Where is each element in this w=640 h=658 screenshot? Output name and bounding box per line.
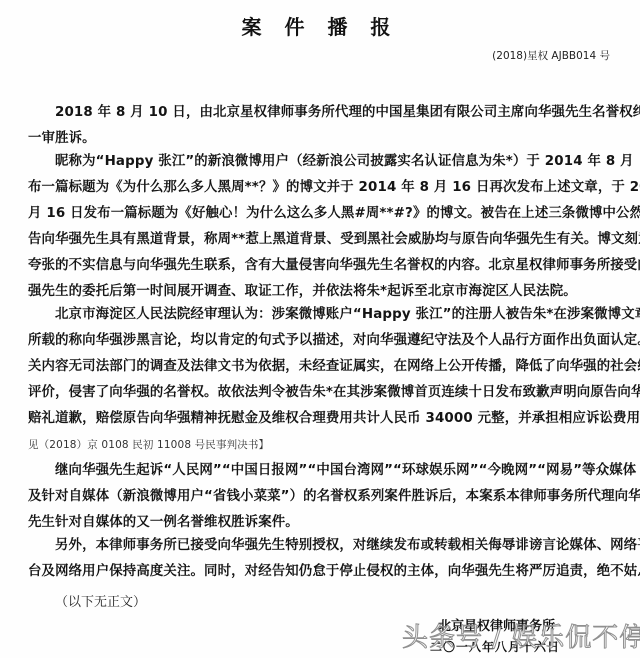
paragraph-facts-line: 昵称为“Happy 张江”的新浪微博用户（经新浪公司披露实名认证信息为朱*）于 … [55, 153, 612, 171]
document-number: (2018)星权 AJBB014 号 [492, 48, 610, 63]
paragraph-facts-line: 告向华强先生具有黑道背景，称周**惹上黑道背景、受到黑社会威胁均与原告向华强先生… [28, 231, 612, 249]
paragraph-series-line: 及针对自媒体（新浪微博用户“省钱小菜菜”）的名誉权系列案件胜诉后，本案系本律师事… [28, 488, 612, 506]
paragraph-warning-line: 台及网络用户保持高度关注。同时，对经告知仍怠于停止侵权的主体，向华强先生将严厉追… [28, 563, 612, 581]
judgment-reference: 见（2018）京 0108 民初 11008 号民事判决书】 [28, 436, 612, 454]
end-note: （以下无正文） [55, 591, 146, 610]
paragraph-intro-line: 2018 年 8 月 10 日，由北京星权律师事务所代理的中国星集团有限公司主席… [55, 104, 612, 122]
paragraph-ruling-line: 赔礼道歉，赔偿原告向华强精神抚慰金及维权合理费用共计人民币 34000 元整，并… [28, 410, 612, 428]
paragraph-series-line: 继向华强先生起诉“人民网”“中国日报网”“中国台湾网”“环球娱乐网”“今晚网”“… [55, 462, 612, 480]
watermark-text: 头条号 / 娱乐侃不停 [402, 617, 640, 654]
paragraph-ruling-line: 北京市海淀区人民法院经审理认为：涉案微博账户“Happy 张江”的注册人被告朱*… [55, 306, 612, 324]
paragraph-facts-line: 夸张的不实信息与向华强先生联系，含有大量侵害向华强先生名誉权的内容。北京星权律师… [28, 257, 612, 275]
document-title: 案 件 播 报 [0, 11, 640, 40]
paragraph-ruling-line: 关内容无司法部门的调查及法律文书为依据，未经查证属实，在网络上公开传播，降低了向… [28, 358, 612, 376]
paragraph-facts-line: 强先生的委托后第一时间展开调查、取证工作，并依法将朱*起诉至北京市海淀区人民法院… [28, 283, 612, 301]
paragraph-ruling-line: 评价，侵害了向华强的名誉权。故依法判令被告朱*在其涉案微博首页连续十日发布致歉声… [28, 384, 612, 402]
paragraph-facts-line: 月 16 日发布一篇标题为《好触心！为什么这么多人黑#周**#?》的博文。被告在… [28, 205, 612, 223]
document-page: 案 件 播 报 (2018)星权 AJBB014 号 2018 年 8 月 10… [0, 0, 640, 658]
paragraph-facts-line: 布一篇标题为《为什么那么多人黑周**？》的博文并于 2014 年 8 月 16 … [28, 179, 612, 197]
paragraph-warning-line: 另外，本律师事务所已接受向华强先生特别授权，对继续发布或转载相关侮辱诽谤言论媒体… [55, 537, 612, 555]
paragraph-series-line: 先生针对自媒体的又一例名誉维权胜诉案件。 [28, 514, 612, 532]
ruling-text: 赔礼道歉，赔偿原告向华强精神抚慰金及维权合理费用共计人民币 34000 元整，并… [28, 411, 640, 426]
paragraph-ruling-line: 所载的称向华强涉黑言论，均以肯定的句式予以描述，对向华强遵纪守法及个人品行方面作… [28, 332, 612, 350]
paragraph-intro-line: 一审胜诉。 [28, 130, 612, 148]
